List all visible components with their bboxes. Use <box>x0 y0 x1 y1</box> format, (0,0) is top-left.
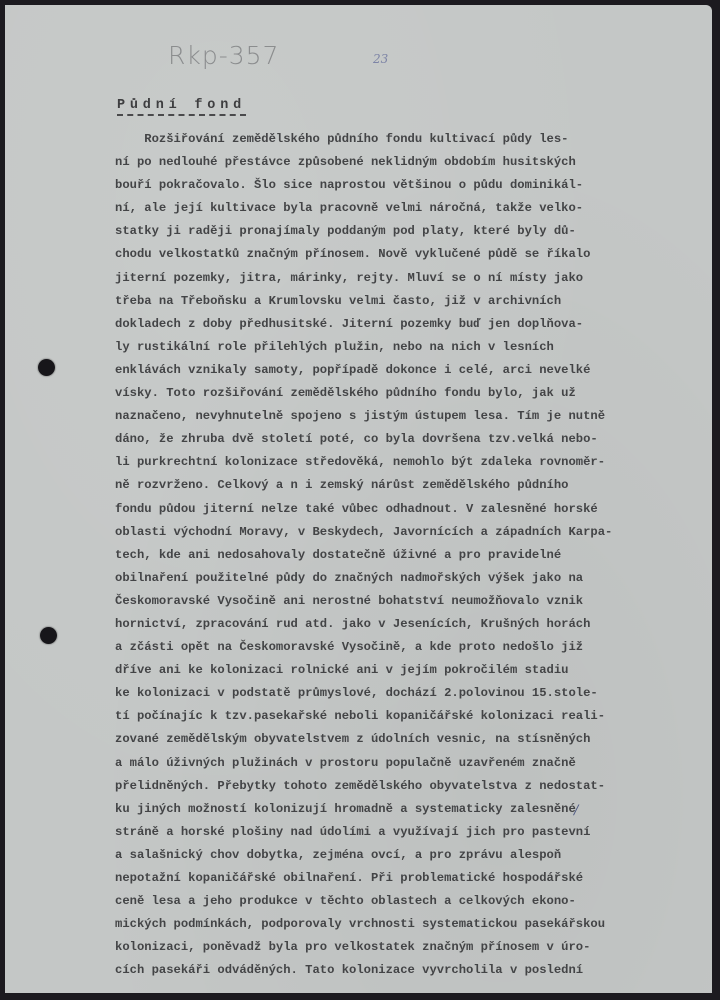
text-line: tech, kde ani nedosahovaly dostatečně úž… <box>115 544 715 567</box>
text-line: mických podmínkách, podporovaly vrchnost… <box>115 913 715 936</box>
typewritten-body: Rozšiřování zemědělského půdního fondu k… <box>115 128 715 982</box>
text-line: nepotažní kopaničářské obilnaření. Při p… <box>115 867 715 890</box>
text-line: stráně a horské plošiny nad údolími a vy… <box>115 821 715 844</box>
handwritten-correction-mark: / <box>574 803 578 818</box>
text-line: ceně lesa a jeho produkce v těchto oblas… <box>115 890 715 913</box>
text-line: Českomoravské Vysočině ani nerostné boha… <box>115 590 715 613</box>
text-line: přelidněných. Přebytky tohoto zemědělské… <box>115 775 715 798</box>
document-page: Rkp-357 23 Půdní fond Rozšiřování zemědě… <box>5 5 712 993</box>
text-line: oblasti východní Moravy, v Beskydech, Ja… <box>115 521 715 544</box>
text-line: a salašnický chov dobytka, zejména ovcí,… <box>115 844 715 867</box>
text-line: bouří pokračovalo. Šlo sice naprostou vě… <box>115 174 715 197</box>
text-line: třeba na Třeboňsku a Krumlovsku velmi ča… <box>115 290 715 313</box>
text-line: cích pasekáři odváděných. Tato kolonizac… <box>115 959 715 982</box>
text-line: fondu půdou jiterní nelze také vůbec odh… <box>115 498 715 521</box>
text-line: naznačeno, nevyhnutelně spojeno s jistým… <box>115 405 715 428</box>
text-line: chodu velkostatků značným přínosem. Nově… <box>115 243 715 266</box>
text-line: Rozšiřování zemědělského půdního fondu k… <box>115 128 715 151</box>
text-line: ní po nedlouhé přestávce způsobené nekli… <box>115 151 715 174</box>
text-line: ly rustikální role přilehlých plužin, ne… <box>115 336 715 359</box>
text-line: statky ji raději pronajímaly poddaným po… <box>115 220 715 243</box>
shelfmark-annotation: Rkp-357 <box>168 41 279 70</box>
text-line: dříve ani ke kolonizaci rolnické ani v j… <box>115 659 715 682</box>
text-line: a zčásti opět na Českomoravské Vysočině,… <box>115 636 715 659</box>
section-title: Půdní fond <box>117 98 246 116</box>
text-line: hornictví, zpracování rud atd. jako v Je… <box>115 613 715 636</box>
text-line: ně rozvrženo. Celkový a n i zemský nárůs… <box>115 474 715 497</box>
text-line: vísky. Toto rozšiřování zemědělského půd… <box>115 382 715 405</box>
text-line: obilnaření použitelné půdy do značných n… <box>115 567 715 590</box>
text-line: a málo úživných plužinách v prostoru pop… <box>115 752 715 775</box>
punch-hole-icon <box>40 627 57 644</box>
text-line: ku jiných možností kolonizují hromadně a… <box>115 798 715 821</box>
text-line: ní, ale její kultivace byla pracovně vel… <box>115 197 715 220</box>
text-line: dokladech z doby předhusitské. Jiterní p… <box>115 313 715 336</box>
text-line: enklávách vznikaly samoty, popřípadě dok… <box>115 359 715 382</box>
text-line: jiterní pozemky, jitra, márinky, rejty. … <box>115 267 715 290</box>
text-line: kolonizaci, poněvadž byla pro velkostate… <box>115 936 715 959</box>
text-line: zované zemědělským obyvatelstvem z údoln… <box>115 728 715 751</box>
folio-number: 23 <box>373 52 388 66</box>
text-line: dáno, že zhruba dvě století poté, co byl… <box>115 428 715 451</box>
text-line: ke kolonizaci v podstatě průmyslové, doc… <box>115 682 715 705</box>
text-line: li purkrechtní kolonizace středověká, ne… <box>115 451 715 474</box>
text-line: tí počínajíc k tzv.pasekařské neboli kop… <box>115 705 715 728</box>
punch-hole-icon <box>38 359 55 376</box>
